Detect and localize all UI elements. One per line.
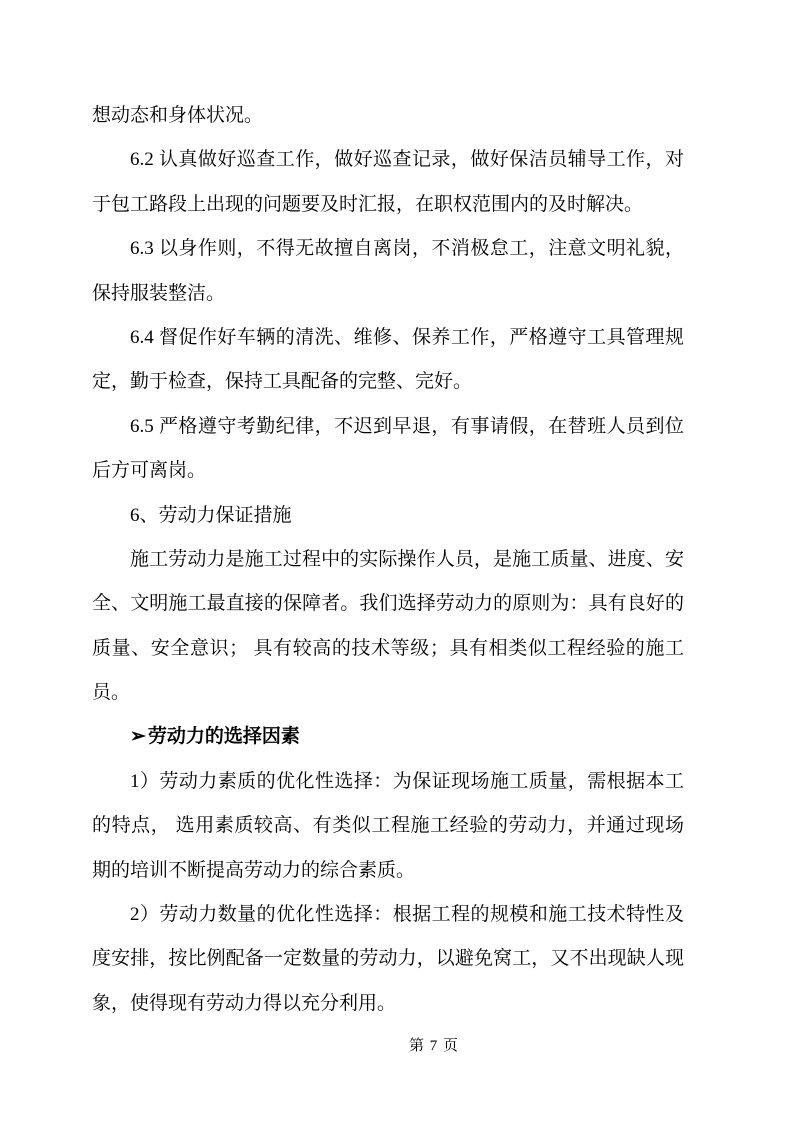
page-footer: 第 7 页 [0, 1036, 793, 1057]
para-6-4: 6.4 督促作好车辆的清洗、维修、保养工作，严格遵守工具管理规定，勤于检查，保持… [92, 316, 684, 405]
para-selection-2: 2）劳动力数量的优化性选择：根据工程的规模和施工技术特性及进度安排，按比例配备一… [92, 893, 684, 1026]
heading-text: 劳动力的选择因素 [148, 726, 300, 747]
paragraph-line: 6.5 严格遵守考勤纪律，不迟到早退，有事请假，在替班人员到位 [92, 405, 684, 449]
heading-labor-guarantee: 6、劳动力保证措施 [92, 494, 684, 538]
paragraph-line: ➢劳动力的选择因素 [92, 715, 684, 759]
paragraph-line: 全、文明施工最直接的保障者。我们选择劳动力的原则为：具有良好的 [92, 582, 684, 626]
para-labor-intro: 施工劳动力是施工过程中的实际操作人员，是施工质量、进度、安全、文明施工最直接的保… [92, 538, 684, 716]
paragraph-line: 2）劳动力数量的优化性选择：根据工程的规模和施工技术特性及进 [92, 893, 684, 937]
paragraph-line: 6、劳动力保证措施 [92, 494, 684, 538]
heading-labor-selection: ➢劳动力的选择因素 [92, 715, 684, 759]
paragraph-line: 施工劳动力是施工过程中的实际操作人员，是施工质量、进度、安 [92, 538, 684, 582]
paragraph-line: 6.4 督促作好车辆的清洗、维修、保养工作，严格遵守工具管理规 [92, 316, 684, 360]
document-body: 想动态和身体状况。6.2 认真做好巡查工作，做好巡查记录，做好保洁员辅导工作，对… [92, 94, 684, 1026]
arrow-bullet-icon: ➢ [130, 726, 148, 747]
para-continuation: 想动态和身体状况。 [92, 94, 684, 138]
paragraph-line: 期的培训不断提高劳动力的综合素质。 [92, 849, 684, 893]
paragraph-line: 员。 [92, 671, 684, 715]
document-page: 想动态和身体状况。6.2 认真做好巡查工作，做好巡查记录，做好保洁员辅导工作，对… [0, 0, 793, 1122]
paragraph-line: 度安排，按比例配备一定数量的劳动力，以避免窝工，又不出现缺人现 [92, 937, 684, 981]
para-6-3: 6.3 以身作则，不得无故擅自离岗，不消极怠工，注意文明礼貌，保持服装整洁。 [92, 227, 684, 316]
paragraph-line: 质量、安全意识； 具有较高的技术等级；具有相类似工程经验的施工人 [92, 627, 684, 671]
paragraph-line: 定，勤于检查，保持工具配备的完整、完好。 [92, 360, 684, 404]
paragraph-line: 于包工路段上出现的问题要及时汇报，在职权范围内的及时解决。 [92, 183, 684, 227]
paragraph-line: 的特点， 选用素质较高、有类似工程施工经验的劳动力，并通过现场短 [92, 804, 684, 848]
para-selection-1: 1）劳动力素质的优化性选择：为保证现场施工质量，需根据本工程的特点， 选用素质较… [92, 760, 684, 893]
page-number: 第 7 页 [409, 1038, 459, 1054]
paragraph-line: 想动态和身体状况。 [92, 94, 684, 138]
para-6-2: 6.2 认真做好巡查工作，做好巡查记录，做好保洁员辅导工作，对于包工路段上出现的… [92, 138, 684, 227]
paragraph-line: 保持服装整洁。 [92, 272, 684, 316]
paragraph-line: 6.2 认真做好巡查工作，做好巡查记录，做好保洁员辅导工作，对 [92, 138, 684, 182]
paragraph-line: 6.3 以身作则，不得无故擅自离岗，不消极怠工，注意文明礼貌， [92, 227, 684, 271]
paragraph-line: 1）劳动力素质的优化性选择：为保证现场施工质量，需根据本工程 [92, 760, 684, 804]
para-6-5: 6.5 严格遵守考勤纪律，不迟到早退，有事请假，在替班人员到位后方可离岗。 [92, 405, 684, 494]
paragraph-line: 象，使得现有劳动力得以充分利用。 [92, 982, 684, 1026]
paragraph-line: 后方可离岗。 [92, 449, 684, 493]
